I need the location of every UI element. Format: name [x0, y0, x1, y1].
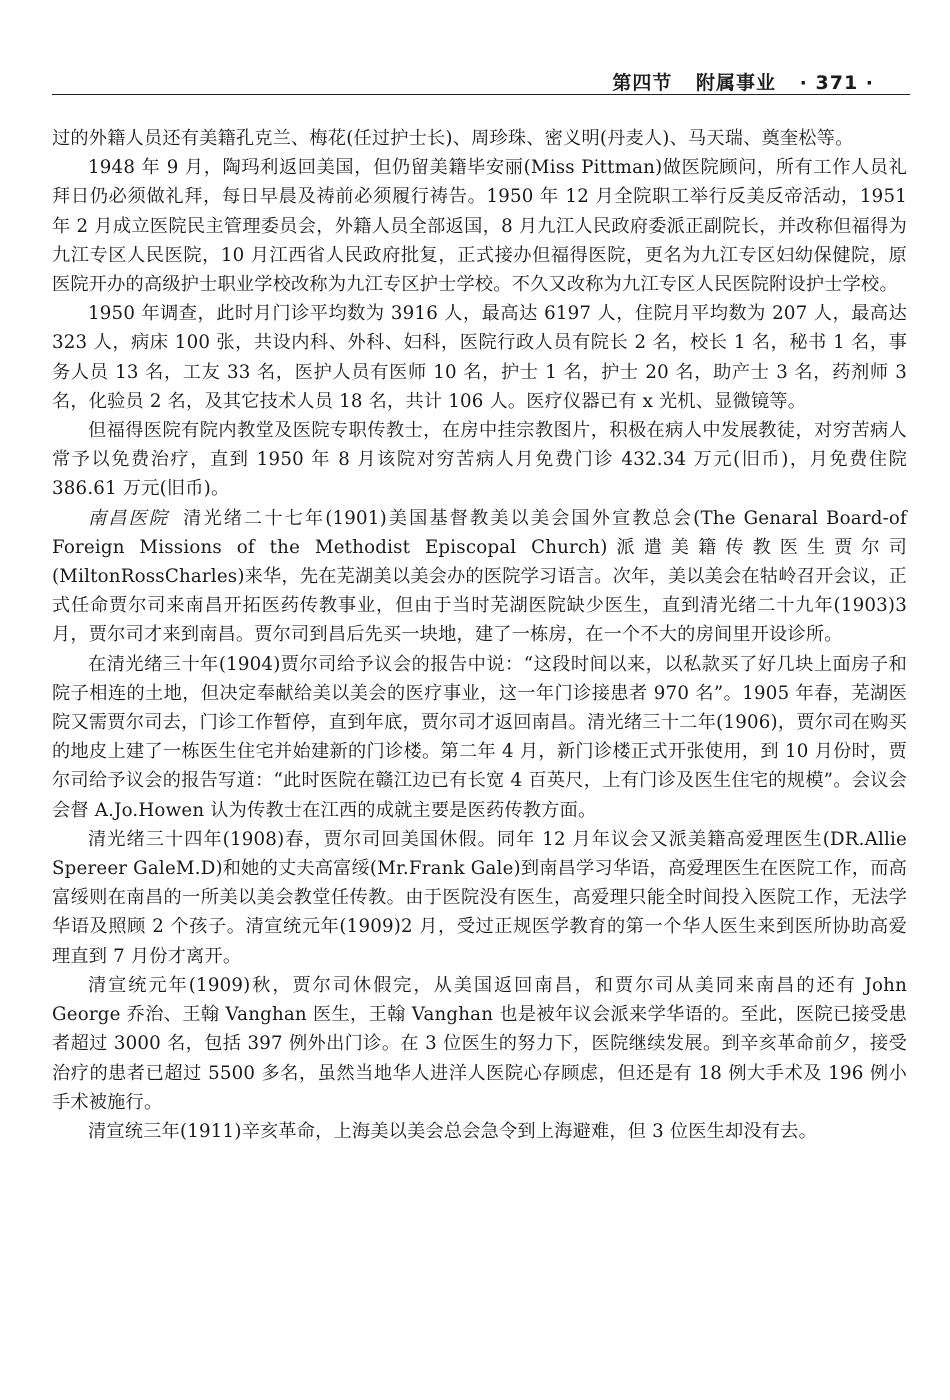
- paragraph: 1948 年 9 月，陶玛利返回美国，但仍留美籍毕安丽(Miss Pittman…: [52, 153, 907, 299]
- paragraph: 清宣统元年(1909)秋，贾尔司休假完，从美国返回南昌，和贾尔司从美同来南昌的还…: [52, 971, 907, 1117]
- page-number: · 371 ·: [800, 72, 874, 94]
- paragraph: 在清光绪三十年(1904)贾尔司给予议会的报告中说：“这段时间以来，以私款买了好…: [52, 650, 907, 825]
- page-body: 过的外籍人员还有美籍孔克兰、梅花(任过护士长)、周珍珠、密义明(丹麦人)、马天瑞…: [52, 124, 907, 1146]
- section-title: 附属事业: [696, 72, 776, 94]
- section-label: 第四节: [612, 72, 672, 94]
- paragraph: 但福得医院有院内教堂及医院专职传教士，在房中挂宗教图片，积极在病人中发展教徒，对…: [52, 416, 907, 504]
- paragraph: 过的外籍人员还有美籍孔克兰、梅花(任过护士长)、周珍珠、密义明(丹麦人)、马天瑞…: [52, 124, 907, 153]
- run-in-heading: 南昌医院: [88, 508, 169, 529]
- paragraph-nanchang-hospital: 南昌医院清光绪二十七年(1901)美国基督教美以美会国外宣教总会(The Gen…: [52, 504, 907, 650]
- paragraph: 清光绪三十四年(1908)春，贾尔司回美国休假。同年 12 月年议会又派美籍高爱…: [52, 825, 907, 971]
- paragraph: 1950 年调查，此时月门诊平均数为 3916 人，最高达 6197 人，住院月…: [52, 299, 907, 416]
- running-head: 第四节 附属事业 · 371 ·: [596, 68, 874, 95]
- page-header: 第四节 附属事业 · 371 ·: [52, 66, 910, 95]
- paragraph: 清宣统三年(1911)辛亥革命，上海美以美会总会急令到上海避难，但 3 位医生却…: [52, 1117, 907, 1146]
- paragraph-text: 清光绪二十七年(1901)美国基督教美以美会国外宣教总会(The Genaral…: [52, 508, 907, 646]
